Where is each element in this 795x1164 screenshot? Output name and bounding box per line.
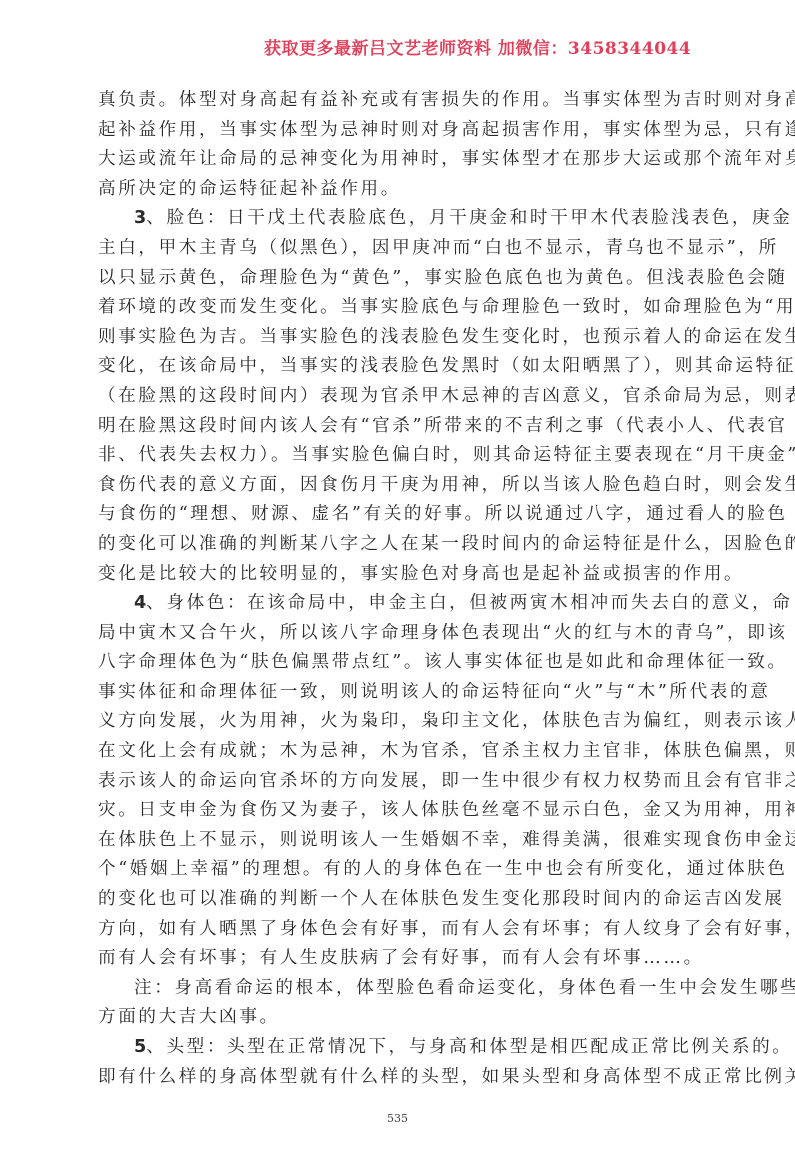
text-line: 在体肤色上不显示，则说明该人一生婚姻不幸，难得美满，很难实现食伤申金这 — [98, 826, 712, 856]
text-line: 与食伤的“理想、财源、虚名”有关的好事。所以说通过八字，通过看人的脸色 — [98, 500, 712, 530]
paragraph-face-color: 3、脸色：日干戊土代表脸底色，月干庚金和时干甲木代表脸浅表色，庚金 主白，甲木主… — [98, 204, 712, 589]
text-line: （在脸黑的这段时间内）表现为官杀甲木忌神的吉凶意义，官杀命局为忌，则表 — [98, 382, 712, 412]
text-line: 方面的大吉大凶事。 — [98, 1003, 712, 1033]
page-number: 535 — [0, 1112, 795, 1125]
text-line: 3、脸色：日干戊土代表脸底色，月干庚金和时干甲木代表脸浅表色，庚金 — [98, 204, 712, 234]
text-line: 变化是比较大的比较明显的，事实脸色对身高也是起补益或损害的作用。 — [98, 560, 712, 590]
text-line: 着环境的改变而发生变化。当事实脸底色与命理脸色一致时，如命理脸色为“用”， — [98, 293, 712, 323]
text-line: 变化，在该命局中，当事实的浅表脸色发黑时（如太阳晒黑了），则其命运特征 — [98, 352, 712, 382]
paragraph-head-shape: 5、头型：头型在正常情况下，与身高和体型是相匹配成正常比例关系的。 即有什么样的… — [98, 1033, 712, 1092]
paragraph-body-color: 4、身体色：在该命局中，申金主白，但被两寅木相冲而失去白的意义，命 局中寅木又合… — [98, 589, 712, 974]
text-line: 个“婚姻上幸福”的理想。有的人的身体色在一生中也会有所变化，通过体肤色 — [98, 855, 712, 885]
text-line: 的变化可以准确的判断某八字之人在某一段时间内的命运特征是什么，因脸色的 — [98, 530, 712, 560]
text-segment: 、头型：头型在正常情况下，与身高和体型是相匹配成正常比例关系的。 — [146, 1037, 792, 1057]
text-line: 义方向发展，火为用神，火为枭印，枭印主文化，体肤色吉为偏红，则表示该人 — [98, 707, 712, 737]
text-line: 主白，甲木主青乌（似黑色），因甲庚冲而“白也不显示，青乌也不显示”，所 — [98, 234, 712, 264]
section-number: 5 — [134, 1037, 146, 1057]
text-line: 5、头型：头型在正常情况下，与身高和体型是相匹配成正常比例关系的。 — [98, 1033, 712, 1063]
text-line: 则事实脸色为吉。当事实脸色的浅表脸色发生变化时，也预示着人的命运在发生 — [98, 323, 712, 353]
text-line: 灾。日支申金为食伤又为妻子，该人体肤色丝毫不显示白色，金又为用神，用神 — [98, 796, 712, 826]
text-line: 大运或流年让命局的忌神变化为用神时，事实体型才在那步大运或那个流年对身 — [98, 145, 712, 175]
text-line: 即有什么样的身高体型就有什么样的头型，如果头型和身高体型不成正常比例关 — [98, 1063, 712, 1093]
paragraph-body-type-continuation: 真负责。体型对身高起有益补充或有害损失的作用。当事实体型为吉时则对身高 起补益作… — [98, 86, 712, 204]
text-line: 八字命理体色为“肤色偏黑带点红”。该人事实体征也是如此和命理体征一致。 — [98, 648, 712, 678]
text-line: 明在脸黑这段时间内该人会有“官杀”所带来的不吉利之事（代表小人、代表官 — [98, 412, 712, 442]
text-line: 注：身高看命运的根本，体型脸色看命运变化，身体色看一生中会发生哪些 — [98, 974, 712, 1004]
document-body: 真负责。体型对身高起有益补充或有害损失的作用。当事实体型为吉时则对身高 起补益作… — [98, 86, 712, 1092]
text-line: 在文化上会有成就；木为忌神，木为官杀，官杀主权力主官非，体肤色偏黑，则 — [98, 737, 712, 767]
text-line: 以只显示黄色，命理脸色为“黄色”，事实脸色底色也为黄色。但浅表脸色会随 — [98, 264, 712, 294]
text-line: 局中寅木又合午火，所以该八字命理身体色表现出“火的红与木的青乌”，即该 — [98, 619, 712, 649]
text-line: 真负责。体型对身高起有益补充或有害损失的作用。当事实体型为吉时则对身高 — [98, 86, 712, 116]
text-line: 非、代表失去权力）。当事实脸色偏白时，则其命运特征主要表现在“月干庚金” — [98, 441, 712, 471]
text-line: 起补益作用，当事实体型为忌神时则对身高起损害作用，事实体型为忌，只有逢 — [98, 116, 712, 146]
text-line: 事实体征和命理体征一致，则说明该人的命运特征向“火”与“木”所代表的意 — [98, 678, 712, 708]
text-line: 的变化也可以准确的判断一个人在体肤色发生变化那段时间内的命运吉凶发展 — [98, 885, 712, 915]
text-line: 表示该人的命运向官杀坏的方向发展，即一生中很少有权力权势而且会有官非之 — [98, 767, 712, 797]
section-number: 3 — [134, 208, 146, 228]
text-line: 食伤代表的意义方面，因食伤月干庚为用神，所以当该人脸色趋白时，则会发生 — [98, 471, 712, 501]
text-segment: 、身体色：在该命局中，申金主白，但被两寅木相冲而失去白的意义，命 — [146, 593, 792, 613]
text-line: 而有人会有坏事；有人生皮肤病了会有好事，而有人会有坏事……。 — [98, 944, 712, 974]
text-line: 高所决定的命运特征起补益作用。 — [98, 175, 712, 205]
paragraph-note: 注：身高看命运的根本，体型脸色看命运变化，身体色看一生中会发生哪些 方面的大吉大… — [98, 974, 712, 1033]
text-segment: 、脸色：日干戊土代表脸底色，月干庚金和时干甲木代表脸浅表色，庚金 — [146, 208, 792, 228]
watermark-banner: 获取更多最新吕文艺老师资料 加微信：3458344044 — [264, 34, 684, 59]
section-number: 4 — [134, 593, 146, 613]
text-line: 方向，如有人晒黑了身体色会有好事，而有人会有坏事；有人纹身了会有好事， — [98, 915, 712, 945]
text-line: 4、身体色：在该命局中，申金主白，但被两寅木相冲而失去白的意义，命 — [98, 589, 712, 619]
